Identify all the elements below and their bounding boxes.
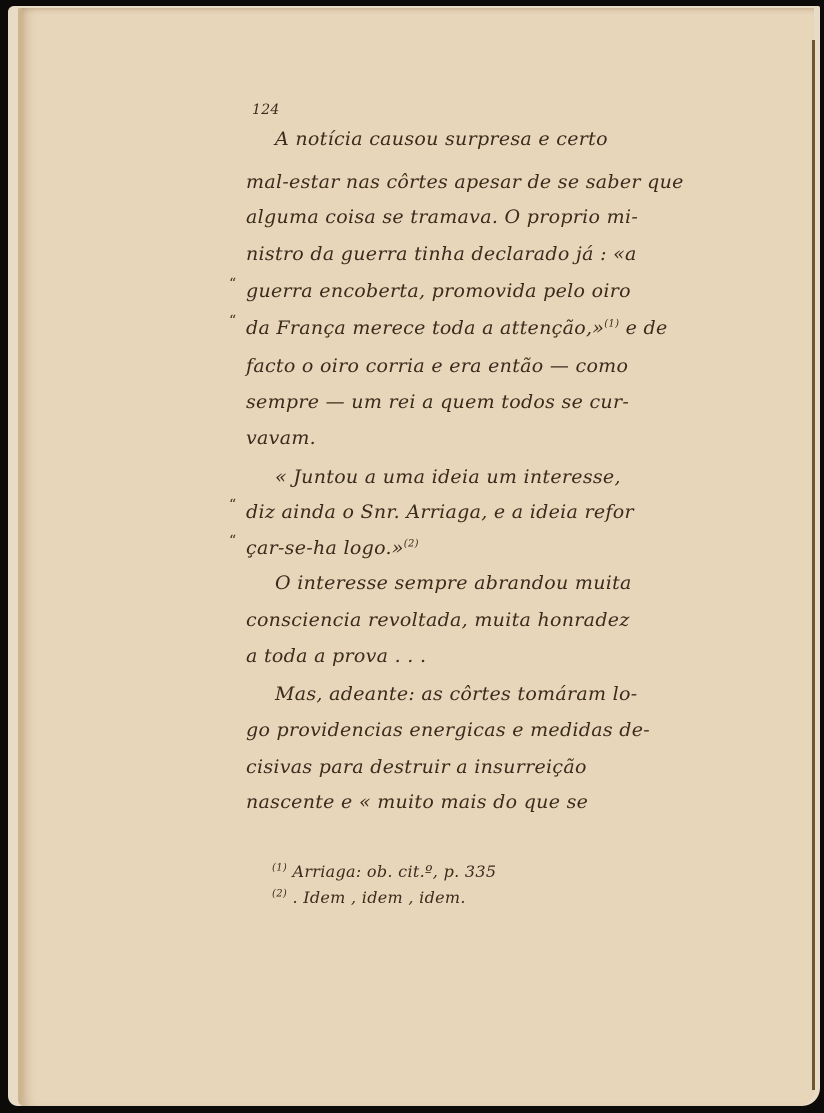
text-line: çar-se-ha logo.»(2)	[246, 537, 419, 559]
text-line-content: çar-se-ha logo.»	[246, 537, 404, 559]
page-number: 124	[252, 102, 280, 118]
footnote-mark: (2)	[272, 889, 287, 900]
text-line: cisivas para destruir a insurreição	[246, 756, 587, 778]
footnote-text: Arriaga: ob. cit.º, p. 335	[292, 862, 496, 881]
text-line: guerra encoberta, promovida pelo oiro	[246, 280, 631, 302]
text-line: da França merece toda a attenção,»(1) e …	[246, 317, 668, 339]
text-line: Mas, adeante: as côrtes tomáram lo-	[275, 683, 638, 705]
footnote-1: (1) Arriaga: ob. cit.º, p. 335	[272, 862, 496, 881]
text-line: A notícia causou surpresa e certo	[275, 128, 608, 150]
margin-quote-mark: “	[229, 533, 236, 549]
text-line: O interesse sempre abrandou muita	[275, 572, 632, 594]
footnote-mark: (1)	[272, 863, 287, 874]
text-line: alguma coisa se tramava. O proprio mi-	[246, 206, 638, 228]
text-line: a toda a prova . . .	[246, 645, 426, 667]
footnote-text: . Idem , idem , idem.	[292, 888, 465, 907]
text-line: vavam.	[246, 427, 316, 449]
footnote-mark: (1)	[604, 319, 619, 330]
text-line: diz ainda o Snr. Arriaga, e a ideia refo…	[246, 501, 634, 523]
margin-quote-mark: “	[229, 497, 236, 513]
text-line: nascente e « muito mais do que se	[246, 791, 588, 813]
text-line: facto o oiro corria e era então — como	[246, 355, 628, 377]
text-line-content: da França merece toda a attenção,»	[246, 317, 604, 339]
margin-quote-mark: “	[229, 276, 236, 292]
text-line: mal-estar nas côrtes apesar de se saber …	[246, 171, 684, 193]
margin-quote-mark: “	[229, 313, 236, 329]
footnote-mark: (2)	[404, 539, 419, 550]
text-line-tail: e de	[626, 317, 668, 339]
text-line: go providencias energicas e medidas de-	[246, 719, 650, 741]
footnote-2: (2) . Idem , idem , idem.	[272, 888, 466, 907]
text-line: « Juntou a uma ideia um interesse,	[275, 466, 621, 488]
page-fold-edge	[812, 40, 815, 1090]
text-line: sempre — um rei a quem todos se cur-	[246, 391, 629, 413]
text-line: nistro da guerra tinha declarado já : «a	[246, 243, 637, 265]
text-line: consciencia revoltada, muita honradez	[246, 609, 630, 631]
